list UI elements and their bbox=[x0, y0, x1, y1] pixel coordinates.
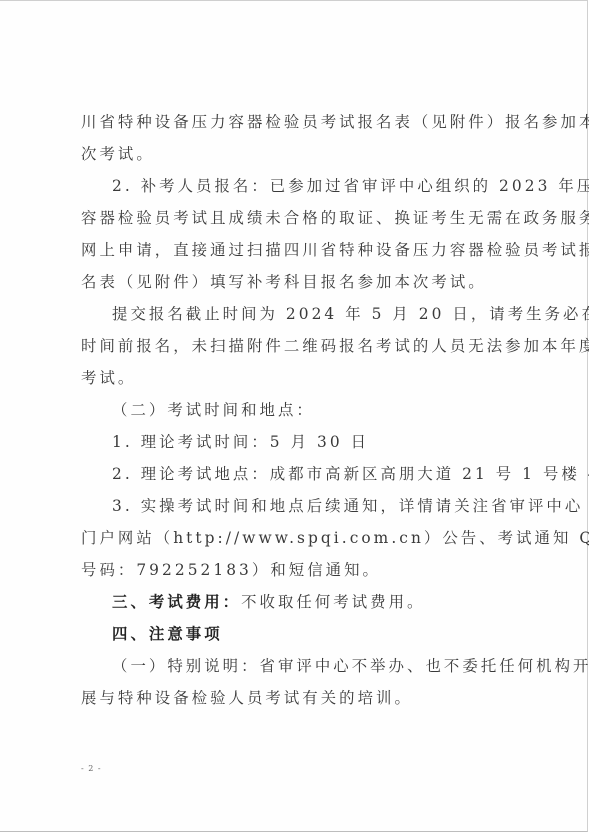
text-line: 网上申请，直接通过扫描四川省特种设备压力容器检验员考试报 bbox=[81, 240, 511, 260]
text-line: 提交报名截止时间为 2024 年 5 月 20 日，请考生务必在截止 bbox=[112, 304, 512, 324]
text-line: 2. 补考人员报名：已参加过省审评中心组织的 2023 年压力 bbox=[112, 176, 512, 196]
text-line: 次考试。 bbox=[81, 144, 511, 164]
page-number: - 2 - bbox=[81, 764, 102, 773]
text-line: 不收取任何考试费用。 bbox=[241, 593, 425, 611]
text-line: 考试。 bbox=[81, 368, 511, 388]
text-line: 号码：792252183）和短信通知。 bbox=[81, 560, 511, 580]
section-heading: 四、注意事项 bbox=[112, 624, 512, 644]
fees-line: 三、考试费用：不收取任何考试费用。 bbox=[112, 592, 512, 612]
section-heading: 三、考试费用： bbox=[112, 593, 241, 611]
document-page: 川省特种设备压力容器检验员考试报名表（见附件）报名参加本 次考试。 2. 补考人… bbox=[0, 0, 588, 832]
text-line: 时间前报名，未扫描附件二维码报名考试的人员无法参加本年度 bbox=[81, 336, 511, 356]
text-line: 3. 实操考试时间和地点后续通知，详情请关注省审评中心 bbox=[112, 496, 512, 516]
text-line: 容器检验员考试且成绩未合格的取证、换证考生无需在政务服务 bbox=[81, 208, 511, 228]
text-line: 展与特种设备检验人员考试有关的培训。 bbox=[81, 688, 511, 708]
section-heading: （二）考试时间和地点： bbox=[112, 400, 512, 420]
text-line: 门户网站（http://www.spqi.com.cn）公告、考试通知 QQ 群… bbox=[81, 528, 511, 548]
text-line: 1. 理论考试时间：5 月 30 日 bbox=[112, 432, 512, 452]
text-line: 2. 理论考试地点：成都市高新区高朋大道 21 号 1 号楼 4 楼 bbox=[112, 464, 512, 484]
text-line: 名表（见附件）填写补考科目报名参加本次考试。 bbox=[81, 272, 511, 292]
text-line: （一）特别说明：省审评中心不举办、也不委托任何机构开 bbox=[112, 656, 512, 676]
text-line: 川省特种设备压力容器检验员考试报名表（见附件）报名参加本 bbox=[81, 112, 511, 132]
